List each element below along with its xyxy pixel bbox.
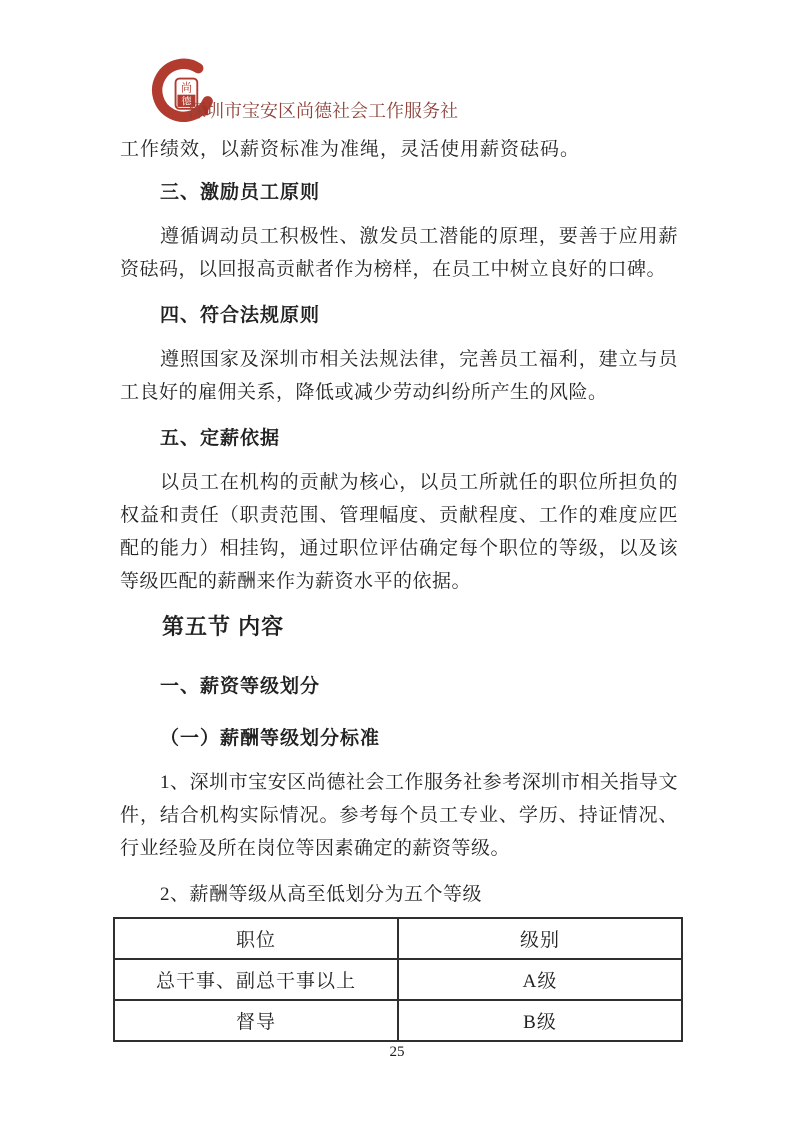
table-cell-grade: B级: [398, 1000, 682, 1041]
document-content: 尚 德 深圳市宝安区尚德社会工作服务社 工作绩效，以薪资标准为准绳，灵活使用薪资…: [120, 55, 678, 1042]
heading-grade-standard: （一）薪酬等级划分标准: [120, 725, 678, 752]
document-page: 尚 德 深圳市宝安区尚德社会工作服务社 工作绩效，以薪资标准为准绳，灵活使用薪资…: [0, 0, 794, 1123]
heading-salary-basis: 五、定薪依据: [120, 425, 678, 452]
table-row: 总干事、副总干事以上 A级: [114, 959, 682, 1000]
table-header-position: 职位: [114, 918, 398, 959]
table-cell-position: 督导: [114, 1000, 398, 1041]
paragraph-grade-standard-1: 1、深圳市宝安区尚德社会工作服务社参考深圳市相关指导文件，结合机构实际情况。参考…: [120, 766, 678, 865]
table-cell-position: 总干事、副总干事以上: [114, 959, 398, 1000]
paragraph-motivate-principle: 遵循调动员工积极性、激发员工潜能的原理，要善于应用薪资砝码，以回报高贡献者作为榜…: [120, 220, 678, 286]
heading-legal-principle: 四、符合法规原则: [120, 302, 678, 329]
intro-paragraph: 工作绩效，以薪资标准为准绳，灵活使用薪资砝码。: [120, 136, 678, 163]
table-cell-grade: A级: [398, 959, 682, 1000]
heading-motivate-principle: 三、激励员工原则: [120, 179, 678, 206]
paragraph-legal-principle: 遵照国家及深圳市相关法规法律，完善员工福利，建立与员工良好的雇佣关系，降低或减少…: [120, 343, 678, 409]
svg-text:尚: 尚: [181, 80, 192, 94]
table-header-grade: 级别: [398, 918, 682, 959]
table-header-row: 职位 级别: [114, 918, 682, 959]
salary-grade-table: 职位 级别 总干事、副总干事以上 A级 督导 B级: [113, 917, 683, 1042]
paragraph-grade-standard-2: 2、薪酬等级从高至低划分为五个等级: [120, 878, 678, 911]
table-row: 督导 B级: [114, 1000, 682, 1041]
paragraph-salary-basis: 以员工在机构的贡献为核心，以员工所就任的职位所担负的权益和责任（职责范围、管理幅…: [120, 466, 678, 598]
page-number: 25: [0, 1044, 794, 1061]
heading-salary-grades: 一、薪资等级划分: [120, 673, 678, 700]
chapter-title: 第五节 内容: [120, 612, 678, 642]
org-name: 深圳市宝安区尚德社会工作服务社: [188, 102, 458, 120]
org-header: 尚 德 深圳市宝安区尚德社会工作服务社: [120, 55, 678, 123]
